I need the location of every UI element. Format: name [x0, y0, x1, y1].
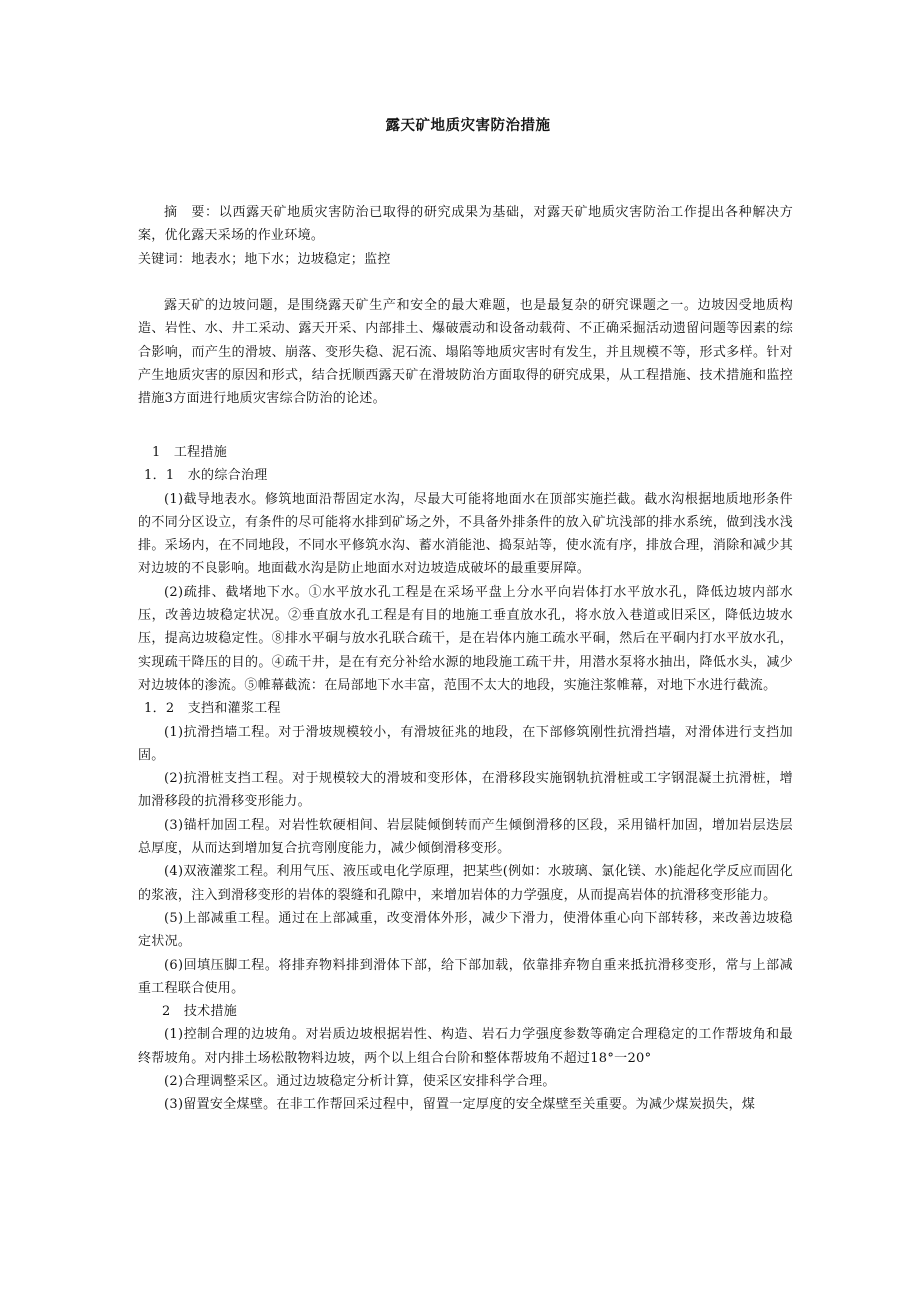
paragraph-2-3: (3)留置安全煤壁。在非工作帮回采过程中，留置一定厚度的安全煤壁至关重要。为减少…	[138, 1093, 793, 1116]
keywords-label: 关键词：	[138, 252, 191, 267]
paragraph-1-2-6: (6)回填压脚工程。将排弃物料排到滑体下部，给下部加载，依靠排弃物自重来抵抗滑移…	[138, 954, 793, 1001]
abstract-text: 以西露天矿地质灾害防治已取得的研究成果为基础，对露天矿地质灾害防治工作提出各种解…	[138, 205, 793, 243]
subsection-heading-1-1: 1．1 水的综合治理	[138, 464, 793, 487]
paragraph-1-2-2: (2)抗滑桩支挡工程。对于规模较大的滑坡和变形体，在滑移段实施钢轨抗滑桩或工字钢…	[138, 767, 793, 814]
intro-block: 露天矿的边坡问题，是围绕露天矿生产和安全的最大难题，也是最复杂的研究课题之一。边…	[138, 294, 793, 410]
keywords: 关键词：地表水；地下水；边坡稳定；监控	[138, 248, 793, 271]
paragraph-1-1-2: (2)疏排、截堵地下水。①水平放水孔工程是在采场平盘上分水平向岩体打水平放水孔，…	[138, 581, 793, 697]
subsection-heading-1-2: 1．2 支挡和灌浆工程	[138, 697, 793, 720]
paragraph-1-1-1: (1)截导地表水。修筑地面沿帮固定水沟，尽最大可能将地面水在顶部实施拦截。截水沟…	[138, 488, 793, 581]
keywords-text: 地表水；地下水；边坡稳定；监控	[191, 252, 391, 267]
abstract-label: 摘 要：	[164, 205, 219, 220]
paragraph-1-2-4: (4)双液灌浆工程。利用气压、液压或电化学原理，把某些(例如：水玻璃、氯化镁、水…	[138, 860, 793, 907]
intro-paragraph: 露天矿的边坡问题，是围绕露天矿生产和安全的最大难题，也是最复杂的研究课题之一。边…	[138, 294, 793, 410]
document-title: 露天矿地质灾害防治措施	[138, 114, 798, 135]
abstract-block: 摘 要：以西露天矿地质灾害防治已取得的研究成果为基础，对露天矿地质灾害防治工作提…	[138, 201, 793, 271]
body-block: 1 工程措施 1．1 水的综合治理 (1)截导地表水。修筑地面沿帮固定水沟，尽最…	[138, 441, 793, 1117]
section-heading-2: 2 技术措施	[138, 1000, 793, 1023]
paragraph-1-2-1: (1)抗滑挡墙工程。对于滑坡规模较小，有滑坡征兆的地段，在下部修筑刚性抗滑挡墙，…	[138, 721, 793, 768]
paragraph-1-2-3: (3)锚杆加固工程。对岩性软硬相间、岩层陡倾倒转而产生倾倒滑移的区段，采用锚杆加…	[138, 814, 793, 861]
abstract: 摘 要：以西露天矿地质灾害防治已取得的研究成果为基础，对露天矿地质灾害防治工作提…	[138, 201, 793, 248]
paragraph-2-1: (1)控制合理的边坡角。对岩质边坡根据岩性、构造、岩石力学强度参数等确定合理稳定…	[138, 1023, 793, 1070]
paragraph-1-2-5: (5)上部减重工程。通过在上部减重，改变滑体外形，减少下滑力，使滑体重心向下部转…	[138, 907, 793, 954]
section-heading-1: 1 工程措施	[138, 441, 793, 464]
paragraph-2-2: (2)合理调整采区。通过边坡稳定分析计算，使采区安排科学合理。	[138, 1070, 793, 1093]
